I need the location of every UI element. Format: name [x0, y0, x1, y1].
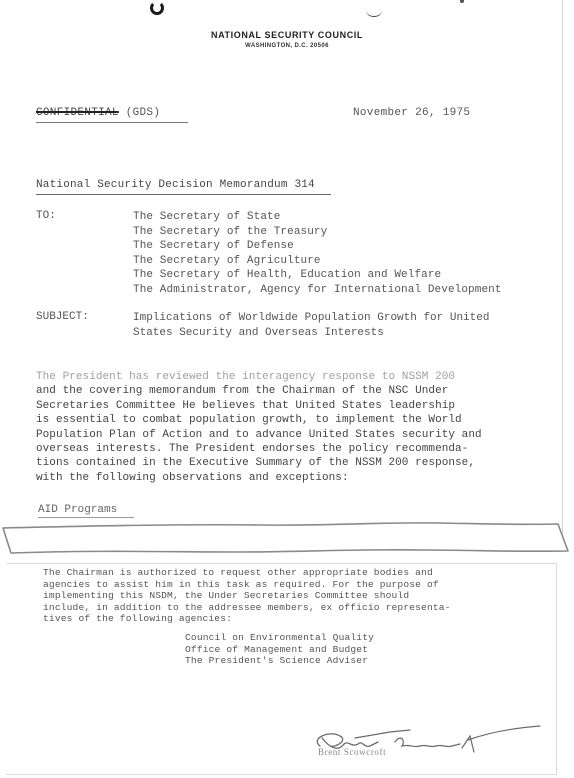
- addressee: The Secretary of Agriculture: [133, 254, 502, 269]
- subject-line: Implications of Worldwide Population Gro…: [133, 311, 489, 326]
- addressee: The Secretary of Health, Education and W…: [133, 268, 502, 283]
- addressee: The Administrator, Agency for Internatio…: [133, 283, 502, 298]
- classification-marking: CONFIDENTIAL (GDS): [36, 107, 160, 119]
- to-label: TO:: [36, 210, 56, 222]
- body-line: is essential to combat population growth…: [36, 413, 482, 427]
- subject-label: SUBJECT:: [36, 311, 89, 323]
- lower-line: agencies to assist him in this task as r…: [43, 579, 451, 591]
- title-underline: [36, 194, 331, 195]
- addressee: The Secretary of the Treasury: [133, 225, 502, 240]
- body-line: overseas interests. The President endors…: [36, 442, 482, 456]
- memo-title: National Security Decision Memorandum 31…: [36, 179, 315, 191]
- body-line: Secretaries Committee He believes that U…: [36, 399, 482, 413]
- classification-struck: CONFIDENTIAL: [36, 107, 119, 119]
- lower-line: tives of the following agencies:: [43, 613, 451, 625]
- addressee: The Secretary of Defense: [133, 239, 502, 254]
- faded-line: The President has reviewed the interagen…: [36, 370, 482, 384]
- body-line: tions contained in the Executive Summary…: [36, 456, 482, 470]
- agency-list: Council on Environmental QualityOffice o…: [185, 632, 374, 667]
- lower-paragraph: The Chairman is authorized to request ot…: [43, 567, 451, 625]
- hole-punch-mark: [150, 1, 164, 15]
- classification-underline: [36, 122, 188, 123]
- lower-line: implementing this NSDM, the Under Secret…: [43, 590, 451, 602]
- lower-line: The Chairman is authorized to request ot…: [43, 567, 451, 579]
- subject-line: States Security and Overseas Interests: [133, 326, 489, 341]
- hole-punch-mark: [366, 4, 382, 17]
- agency-item: Office of Management and Budget: [185, 644, 374, 656]
- organization-address: WASHINGTON, D.C. 20506: [0, 43, 574, 49]
- signature: [300, 718, 550, 768]
- agency-item: The President's Science Adviser: [185, 655, 374, 667]
- organization-name: NATIONAL SECURITY COUNCIL: [0, 30, 574, 40]
- addressee: The Secretary of State: [133, 210, 502, 225]
- body-line: with the following observations and exce…: [36, 471, 482, 485]
- page-edge: [562, 0, 563, 548]
- body-line: Population Plan of Action and to advance…: [36, 428, 482, 442]
- classification-suffix: (GDS): [119, 107, 160, 119]
- signer-name: Brent Scowcroft: [318, 747, 386, 757]
- body-paragraph: The President has reviewed the interagen…: [36, 370, 482, 485]
- memo-date: November 26, 1975: [353, 107, 470, 119]
- addressee-list: The Secretary of StateThe Secretary of t…: [133, 210, 502, 297]
- section-heading: AID Programs: [38, 504, 117, 516]
- section-underline: [38, 517, 134, 518]
- agency-item: Council on Environmental Quality: [185, 632, 374, 644]
- body-line: and the covering memorandum from the Cha…: [36, 384, 482, 398]
- letterhead: NATIONAL SECURITY COUNCIL WASHINGTON, D.…: [0, 30, 574, 49]
- lower-line: include, in addition to the addressee me…: [43, 602, 451, 614]
- subject-text: Implications of Worldwide Population Gro…: [133, 311, 489, 340]
- scan-mark: [460, 0, 464, 3]
